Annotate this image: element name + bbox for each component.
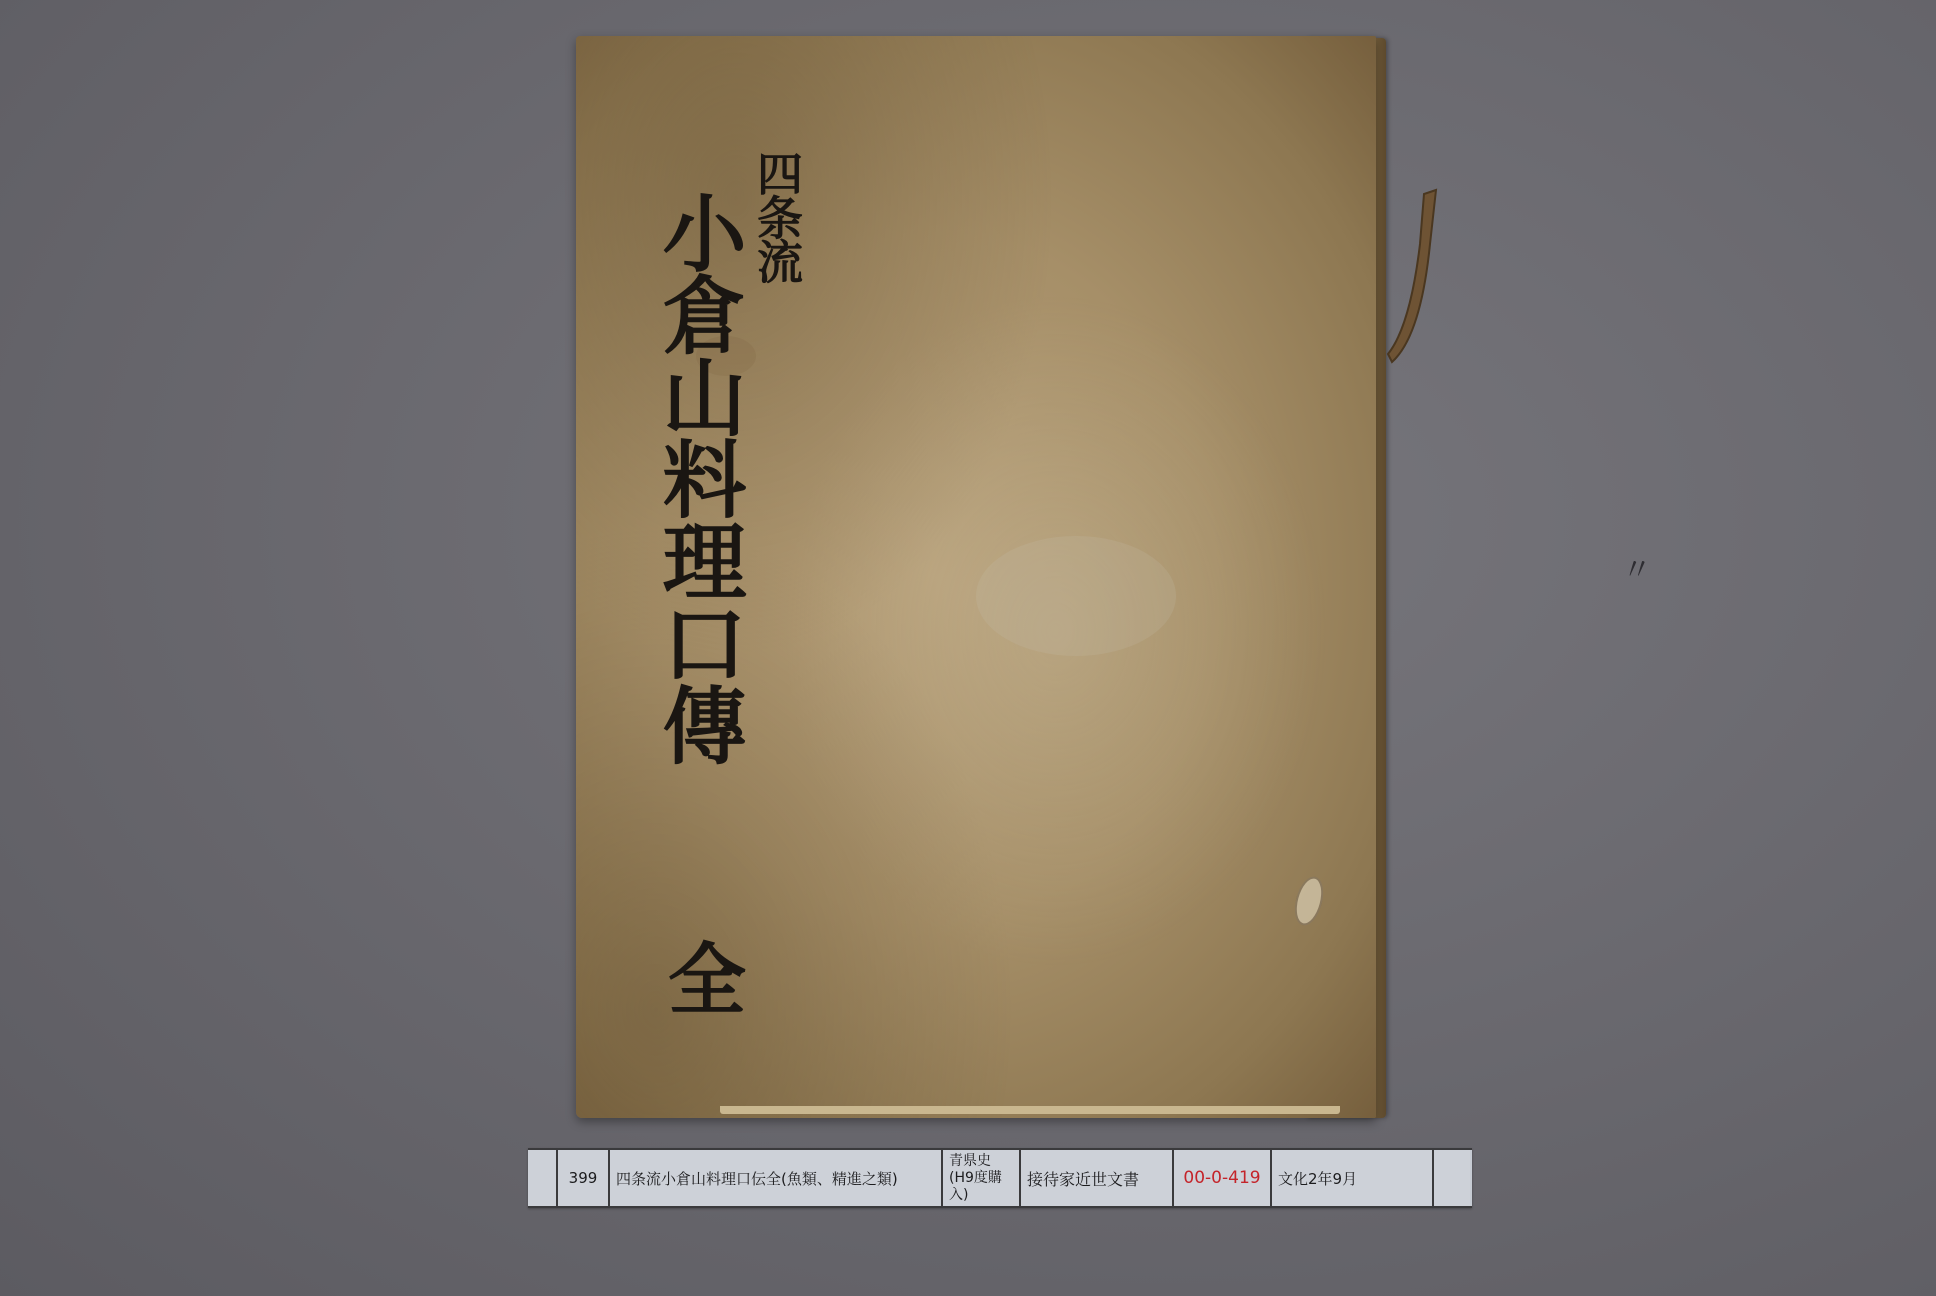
inner-page-edge [720, 1106, 1340, 1114]
label-end-cell [1434, 1150, 1470, 1206]
cover-subtitle: 四条流 [744, 150, 810, 282]
cover-title: 小倉山料理口傳 [656, 190, 740, 764]
label-document-title: 四条流小倉山料理口伝全(魚類、精進之類) [610, 1150, 943, 1206]
catalog-label-strip: 399 四条流小倉山料理口伝全(魚類、精進之類) 青県史(H9度購入) 接待家近… [528, 1148, 1472, 1208]
label-catalog-code: 00-0-419 [1174, 1150, 1272, 1206]
paper-stain [1290, 873, 1328, 928]
label-collection: 接待家近世文書 [1021, 1150, 1174, 1206]
label-date: 文化2年9月 [1272, 1150, 1434, 1206]
label-source: 青県史(H9度購入) [943, 1150, 1021, 1206]
cover-volume-mark: 全 [668, 918, 744, 1030]
archive-photograph: 四条流 小倉山料理口傳 全 〃 399 四条流小倉山料理口伝全(魚類、精進之類)… [0, 0, 1936, 1296]
label-blank-cell [528, 1150, 558, 1206]
paper-stain [976, 536, 1176, 656]
label-item-number: 399 [558, 1150, 610, 1206]
binding-string [1384, 184, 1444, 364]
background-pencil-marks: 〃 [1622, 545, 1652, 589]
